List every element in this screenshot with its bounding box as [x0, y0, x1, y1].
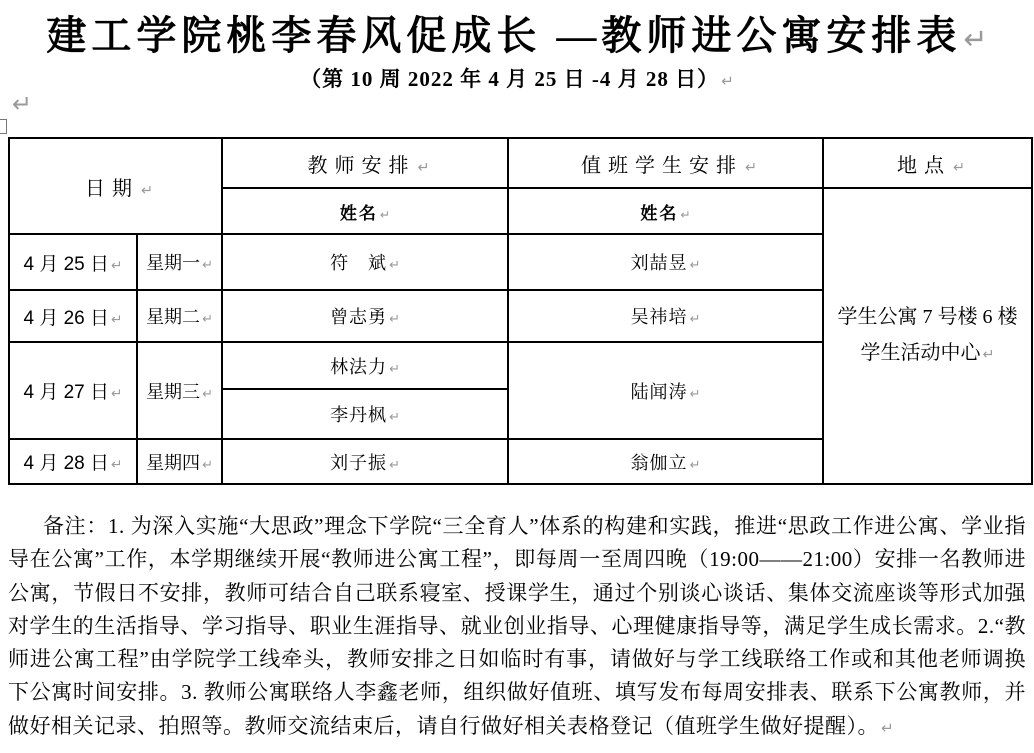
- teacher-cell: 符 斌↵: [222, 234, 508, 290]
- table-anchor-handle-icon: [0, 119, 7, 134]
- paragraph-mark-icon: ↵: [200, 458, 213, 473]
- location-cell: 学生公寓 7 号楼 6 楼 学生活动中心↵: [823, 188, 1032, 484]
- student-cell: 翁伽立↵: [508, 439, 823, 484]
- date-cell: 4 月 25 日↵: [9, 234, 137, 290]
- header-student-name: 姓名↵: [508, 188, 823, 234]
- page-title: 建工学院桃李春风促成长 —教师进公寓安排表↵: [0, 4, 1034, 61]
- paragraph-mark-icon: ↵: [109, 258, 122, 274]
- paragraph-mark-icon: ↵: [200, 387, 213, 402]
- weekday-cell: 星期三↵: [137, 342, 222, 439]
- header-location: 地点↵: [823, 138, 1032, 188]
- paragraph-mark-icon: ↵: [415, 160, 429, 176]
- teacher-cell: 刘子振↵: [222, 439, 508, 484]
- date-cell: 4 月 28 日↵: [9, 439, 137, 484]
- paragraph-mark-icon: ↵: [387, 312, 400, 327]
- header-row-1: 日期↵ 教师安排↵ 值班学生安排↵ 地点↵: [9, 138, 1032, 188]
- paragraph-mark-icon: ↵: [719, 72, 734, 90]
- header-teacher-name: 姓名↵: [222, 188, 508, 234]
- paragraph-mark-icon: ↵: [109, 457, 122, 473]
- paragraph-mark-icon: ↵: [879, 719, 894, 737]
- paragraph-mark-icon: ↵: [688, 458, 701, 473]
- weekday-cell: 星期一↵: [137, 234, 222, 290]
- teacher-cell: 曾志勇↵: [222, 290, 508, 342]
- date-cell: 4 月 27 日↵: [9, 342, 137, 439]
- paragraph-mark-icon: ↵: [378, 208, 390, 222]
- paragraph-mark-icon: ↵: [688, 387, 701, 402]
- document-page: { "marks": { "pilcrow": "↵" }, "doc": { …: [0, 0, 1034, 753]
- schedule-table: 日期↵ 教师安排↵ 值班学生安排↵ 地点↵ 姓名↵ 姓名↵ 学生公寓 7 号楼 …: [8, 137, 1033, 485]
- weekday-cell: 星期四↵: [137, 439, 222, 484]
- paragraph-mark-icon: ↵: [387, 362, 400, 377]
- header-student-group: 值班学生安排↵: [508, 138, 823, 188]
- student-cell: 吴祎培↵: [508, 290, 823, 342]
- paragraph-mark-icon: ↵: [200, 258, 213, 273]
- paragraph-mark-icon: ↵: [387, 458, 400, 473]
- paragraph-mark-icon: ↵: [139, 183, 153, 199]
- notes-paragraph: 备注：1. 为深入实施“大思政”理念下学院“三全育人”体系的构建和实践，推进“思…: [8, 510, 1026, 745]
- paragraph-mark-icon: ↵: [678, 208, 690, 222]
- student-cell: 刘喆昱↵: [508, 234, 823, 290]
- paragraph-mark-icon: ↵: [743, 160, 757, 176]
- doc-subtitle-text: （第 10 周 2022 年 4 月 25 日 -4 月 28 日）: [300, 67, 719, 91]
- paragraph-mark-icon: ↵: [12, 90, 32, 118]
- weekday-cell: 星期二↵: [137, 290, 222, 342]
- teacher-cell: 李丹枫↵: [222, 389, 508, 439]
- paragraph-mark-icon: ↵: [387, 410, 400, 425]
- date-cell: 4 月 26 日↵: [9, 290, 137, 342]
- paragraph-mark-icon: ↵: [387, 258, 400, 273]
- paragraph-mark-icon: ↵: [200, 312, 213, 327]
- paragraph-mark-icon: ↵: [688, 312, 701, 327]
- doc-subtitle: （第 10 周 2022 年 4 月 25 日 -4 月 28 日）↵: [0, 63, 1034, 93]
- paragraph-mark-icon: ↵: [951, 160, 965, 176]
- paragraph-mark-icon: ↵: [961, 22, 987, 56]
- location-line-1: 学生公寓 7 号楼 6 楼: [824, 299, 1031, 335]
- paragraph-mark-icon: ↵: [109, 312, 122, 328]
- page-title-text: 建工学院桃李春风促成长 —教师进公寓安排表: [46, 13, 961, 58]
- paragraph-mark-icon: ↵: [688, 258, 701, 273]
- teacher-cell: 林法力↵: [222, 342, 508, 389]
- header-date: 日期↵: [9, 138, 222, 234]
- notes-text: 备注：1. 为深入实施“大思政”理念下学院“三全育人”体系的构建和实践，推进“思…: [8, 514, 1026, 738]
- paragraph-mark-icon: ↵: [109, 386, 122, 402]
- paragraph-mark-icon: ↵: [980, 347, 994, 363]
- student-cell: 陆闻涛↵: [508, 342, 823, 439]
- location-line-2: 学生活动中心↵: [824, 335, 1031, 373]
- header-teacher-group: 教师安排↵: [222, 138, 508, 188]
